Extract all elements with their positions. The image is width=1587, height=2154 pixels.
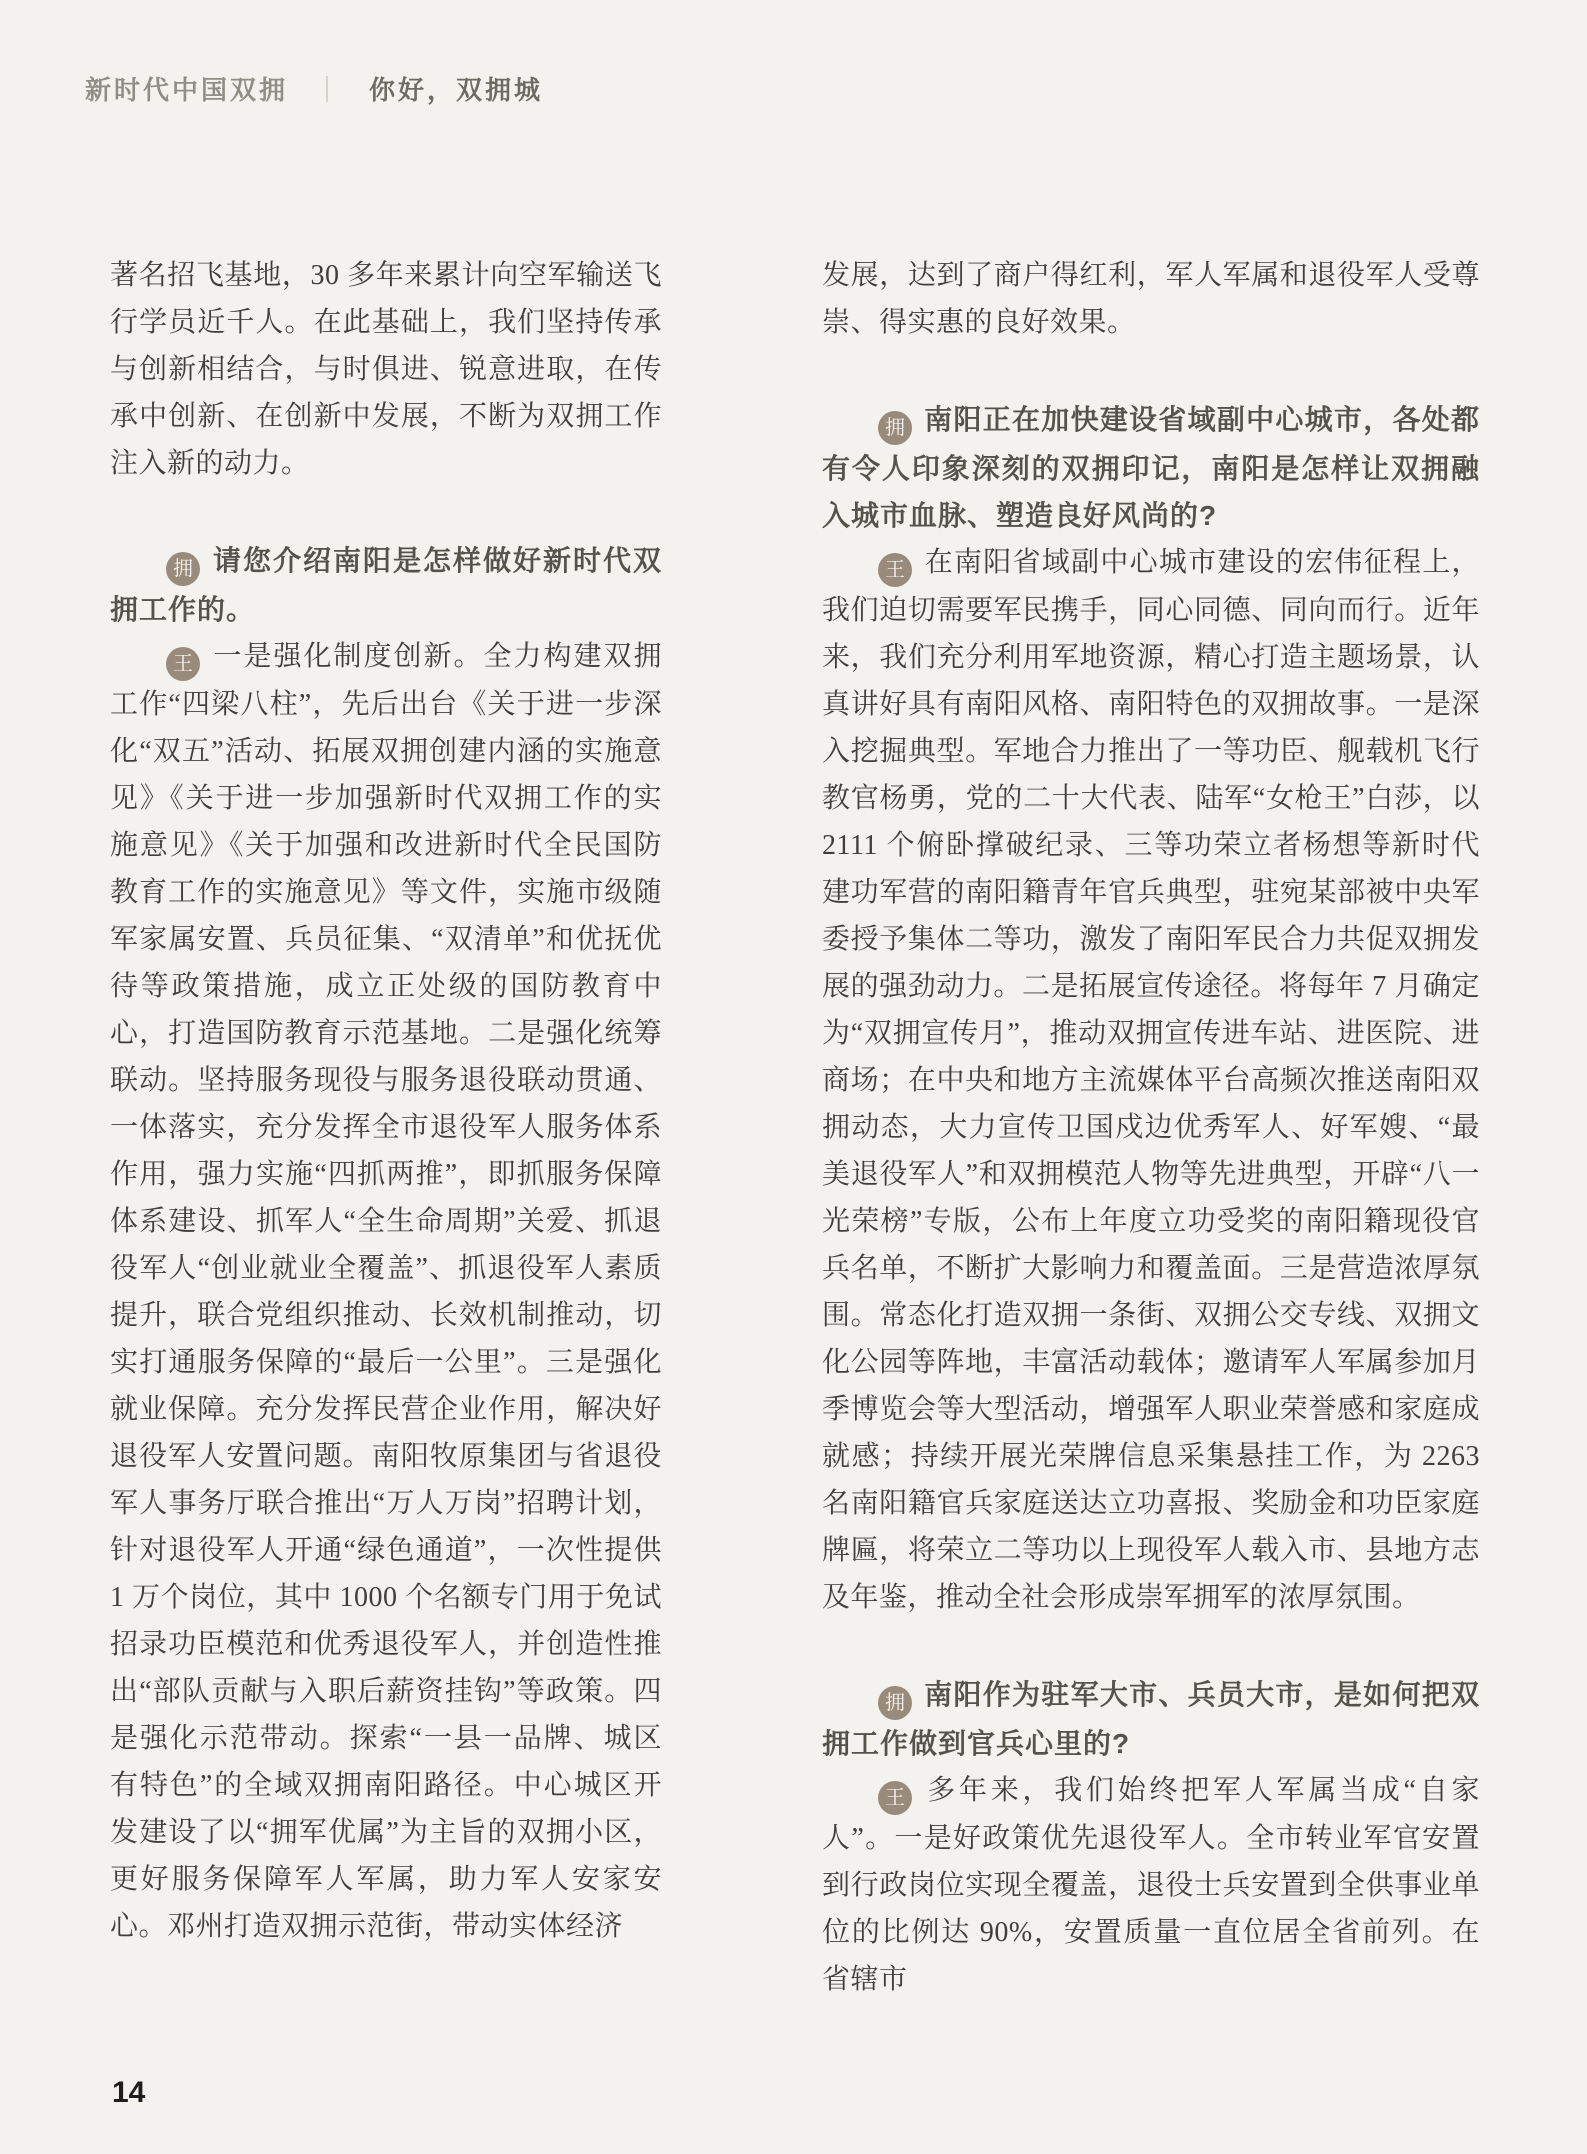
column-right: 发展，达到了商户得红利，军人军属和退役军人受尊崇、得实惠的良好效果。拥南阳正在加… [822,252,1480,2003]
header-section-label: 新时代中国双拥 [85,75,288,105]
question-block: 拥南阳作为驻军大市、兵员大市，是如何把双拥工作做到官兵心里的? [822,1671,1480,1767]
column-left: 著名招飞基地，30 多年来累计向空军输送飞行学员近千人。在此基础上，我们坚持传承… [110,252,662,1950]
paragraph-text: 著名招飞基地，30 多年来累计向空军输送飞行学员近千人。在此基础上，我们坚持传承… [110,260,662,479]
header-divider: ｜ [314,75,343,105]
paragraph-block: 著名招飞基地，30 多年来累计向空军输送飞行学员近千人。在此基础上，我们坚持传承… [110,252,662,487]
page-header: 新时代中国双拥｜你好，双拥城 [85,70,543,107]
interviewer-badge-icon: 拥 [878,411,912,445]
paragraph-text: 发展，达到了商户得红利，军人军属和退役军人受尊崇、得实惠的良好效果。 [822,260,1480,338]
answer-text: 一是强化制度创新。全力构建双拥工作“四梁八柱”，先后出台《关于进一步深化“双五”… [110,641,662,1942]
interviewee-badge-icon: 王 [878,553,912,587]
question-text: 南阳作为驻军大市、兵员大市，是如何把双拥工作做到官兵心里的? [822,1679,1480,1759]
question-text: 南阳正在加快建设省域副中心城市，各处都有令人印象深刻的双拥印记，南阳是怎样让双拥… [822,404,1480,531]
header-article-title: 你好，双拥城 [369,75,543,105]
interviewee-badge-icon: 王 [166,647,200,681]
answer-block: 王多年来，我们始终把军人军属当成“自家人”。一是好政策优先退役军人。全市转业军官… [822,1767,1480,2003]
answer-block: 王在南阳省域副中心城市建设的宏伟征程上，我们迫切需要军民携手，同心同德、同向而行… [822,539,1480,1621]
answer-block: 王一是强化制度创新。全力构建双拥工作“四梁八柱”，先后出台《关于进一步深化“双五… [110,633,662,1950]
answer-text: 在南阳省域副中心城市建设的宏伟征程上，我们迫切需要军民携手，同心同德、同向而行。… [822,547,1480,1613]
paragraph-block: 发展，达到了商户得红利，军人军属和退役军人受尊崇、得实惠的良好效果。 [822,252,1480,346]
interviewer-badge-icon: 拥 [878,1686,912,1720]
page-number: 14 [112,2076,145,2110]
question-block: 拥请您介绍南阳是怎样做好新时代双拥工作的。 [110,537,662,633]
question-block: 拥南阳正在加快建设省域副中心城市，各处都有令人印象深刻的双拥印记，南阳是怎样让双… [822,396,1480,539]
magazine-page: 新时代中国双拥｜你好，双拥城 著名招飞基地，30 多年来累计向空军输送飞行学员近… [0,0,1587,2154]
interviewer-badge-icon: 拥 [166,552,200,586]
answer-text: 多年来，我们始终把军人军属当成“自家人”。一是好政策优先退役军人。全市转业军官安… [822,1775,1480,1995]
interviewee-badge-icon: 王 [878,1781,912,1815]
